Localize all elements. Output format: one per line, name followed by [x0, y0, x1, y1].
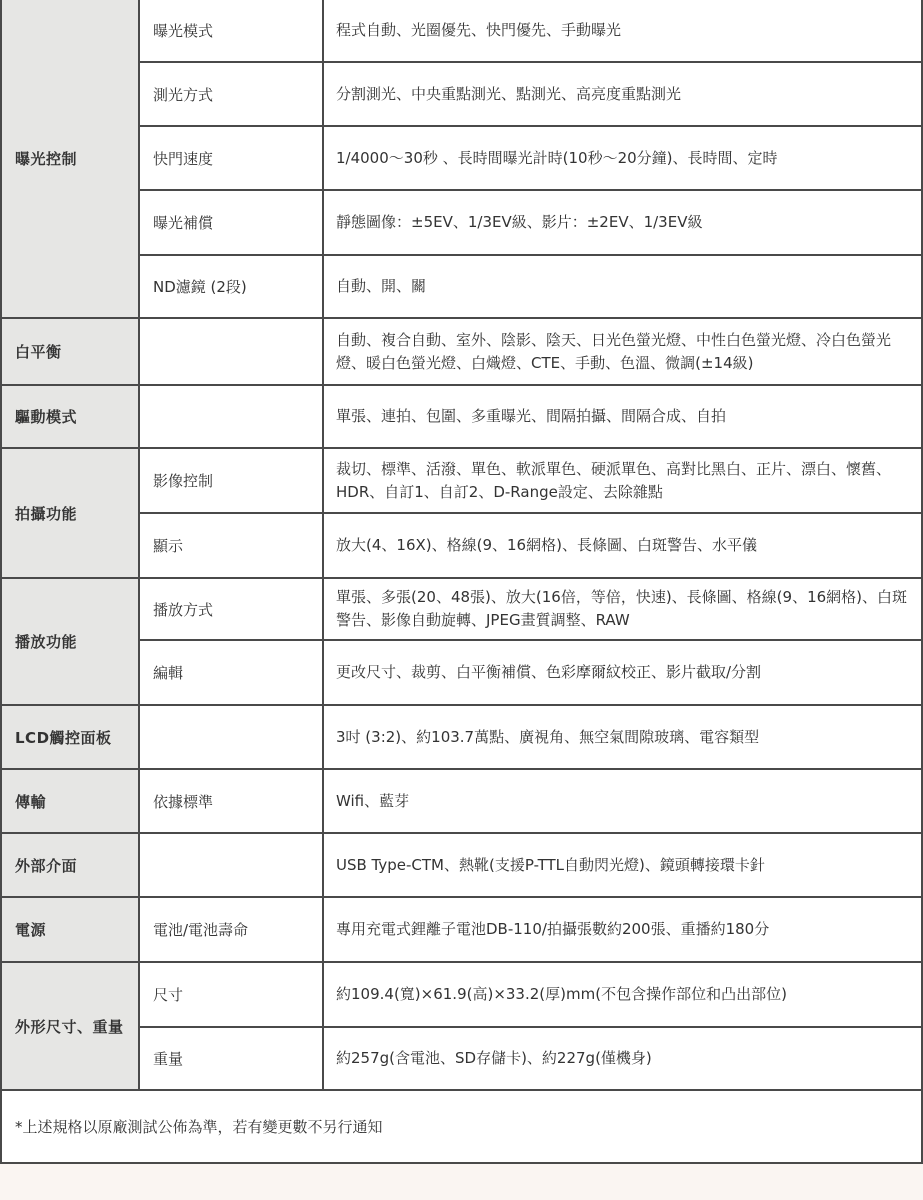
table-row: 快門速度 1/4000～30秒 、長時間曝光計時(10秒～20分鐘)、長時間、定… — [1, 126, 922, 190]
sub-label-nd-filter: ND濾鏡 (2段) — [139, 255, 323, 318]
value-exposure-compensation: 靜態圖像：±5EV、1/3EV級、影片：±2EV、1/3EV級 — [323, 190, 922, 255]
category-drive-mode: 驅動模式 — [1, 385, 139, 448]
table-row: 外部介面 USB Type-CTM、熱靴(支援P-TTL自動閃光燈)、鏡頭轉接環… — [1, 833, 922, 897]
table-row: 外形尺寸、重量 尺寸 約109.4(寬)×61.9(高)×33.2(厚)mm(不… — [1, 962, 922, 1027]
value-exposure-mode: 程式自動、光圈優先、快門優先、手動曝光 — [323, 0, 922, 62]
camera-spec-table: 曝光控制 曝光模式 程式自動、光圈優先、快門優先、手動曝光 測光方式 分割測光、… — [0, 0, 923, 1164]
value-external-interface: USB Type-CTM、熱靴(支援P-TTL自動閃光燈)、鏡頭轉接環卡針 — [323, 833, 922, 897]
table-row: LCD觸控面板 3吋 (3:2)、約103.7萬點、廣視角、無空氣間隙玻璃、電容… — [1, 705, 922, 769]
table-row: 編輯 更改尺寸、裁剪、白平衡補償、色彩摩爾紋校正、影片截取/分割 — [1, 640, 922, 705]
table-row: *上述規格以原廠測試公佈為準，若有變更數不另行通知 — [1, 1090, 922, 1163]
table-row: 白平衡 自動、複合自動、室外、陰影、陰天、日光色螢光燈、中性白色螢光燈、冷白色螢… — [1, 318, 922, 385]
sub-label-empty — [139, 833, 323, 897]
table-row: 曝光補償 靜態圖像：±5EV、1/3EV級、影片：±2EV、1/3EV級 — [1, 190, 922, 255]
category-power: 電源 — [1, 897, 139, 962]
table-row: 測光方式 分割測光、中央重點測光、點測光、高亮度重點測光 — [1, 62, 922, 126]
table-row: ND濾鏡 (2段) 自動、開、關 — [1, 255, 922, 318]
value-white-balance: 自動、複合自動、室外、陰影、陰天、日光色螢光燈、中性白色螢光燈、冷白色螢光燈、暖… — [323, 318, 922, 385]
sub-label-metering: 測光方式 — [139, 62, 323, 126]
category-external-interface: 外部介面 — [1, 833, 139, 897]
category-shooting-functions: 拍攝功能 — [1, 448, 139, 578]
sub-label-exposure-compensation: 曝光補償 — [139, 190, 323, 255]
value-nd-filter: 自動、開、關 — [323, 255, 922, 318]
value-transmission: Wifi、藍芽 — [323, 769, 922, 833]
value-playback-mode: 單張、多張(20、48張)、放大(16倍，等倍，快速)、長條圖、格線(9、16網… — [323, 578, 922, 640]
table-row: 拍攝功能 影像控制 裁切、標準、活潑、單色、軟派單色、硬派單色、高對比黑白、正片… — [1, 448, 922, 513]
value-weight: 約257g(含電池、SD存儲卡)、約227g(僅機身) — [323, 1027, 922, 1090]
sub-label-dimensions: 尺寸 — [139, 962, 323, 1027]
value-edit: 更改尺寸、裁剪、白平衡補償、色彩摩爾紋校正、影片截取/分割 — [323, 640, 922, 705]
value-drive-mode: 單張、連拍、包圍、多重曝光、間隔拍攝、間隔合成、自拍 — [323, 385, 922, 448]
value-image-control: 裁切、標準、活潑、單色、軟派單色、硬派單色、高對比黑白、正片、漂白、懷舊、HDR… — [323, 448, 922, 513]
sub-label-image-control: 影像控制 — [139, 448, 323, 513]
category-lcd-touch-panel: LCD觸控面板 — [1, 705, 139, 769]
sub-label-empty — [139, 705, 323, 769]
table-row: 重量 約257g(含電池、SD存儲卡)、約227g(僅機身) — [1, 1027, 922, 1090]
sub-label-standard: 依據標準 — [139, 769, 323, 833]
sub-label-exposure-mode: 曝光模式 — [139, 0, 323, 62]
sub-label-empty — [139, 318, 323, 385]
value-shutter-speed: 1/4000～30秒 、長時間曝光計時(10秒～20分鐘)、長時間、定時 — [323, 126, 922, 190]
category-transmission: 傳輸 — [1, 769, 139, 833]
sub-label-edit: 編輯 — [139, 640, 323, 705]
table-row: 傳輸 依據標準 Wifi、藍芽 — [1, 769, 922, 833]
value-lcd-touch-panel: 3吋 (3:2)、約103.7萬點、廣視角、無空氣間隙玻璃、電容類型 — [323, 705, 922, 769]
sub-label-battery-life: 電池/電池壽命 — [139, 897, 323, 962]
sub-label-shutter-speed: 快門速度 — [139, 126, 323, 190]
category-playback-functions: 播放功能 — [1, 578, 139, 705]
sub-label-playback-mode: 播放方式 — [139, 578, 323, 640]
category-white-balance: 白平衡 — [1, 318, 139, 385]
table-row: 顯示 放大(4、16X)、格線(9、16網格)、長條圖、白斑警告、水平儀 — [1, 513, 922, 578]
value-metering: 分割測光、中央重點測光、點測光、高亮度重點測光 — [323, 62, 922, 126]
category-dimensions-weight: 外形尺寸、重量 — [1, 962, 139, 1090]
value-dimensions: 約109.4(寬)×61.9(高)×33.2(厚)mm(不包含操作部位和凸出部位… — [323, 962, 922, 1027]
footnote-text: *上述規格以原廠測試公佈為準，若有變更數不另行通知 — [1, 1090, 922, 1163]
sub-label-weight: 重量 — [139, 1027, 323, 1090]
sub-label-empty — [139, 385, 323, 448]
table-row: 曝光控制 曝光模式 程式自動、光圈優先、快門優先、手動曝光 — [1, 0, 922, 62]
table-row: 驅動模式 單張、連拍、包圍、多重曝光、間隔拍攝、間隔合成、自拍 — [1, 385, 922, 448]
table-row: 播放功能 播放方式 單張、多張(20、48張)、放大(16倍，等倍，快速)、長條… — [1, 578, 922, 640]
value-display: 放大(4、16X)、格線(9、16網格)、長條圖、白斑警告、水平儀 — [323, 513, 922, 578]
value-power: 專用充電式鋰離子電池DB-110/拍攝張數約200張、重播約180分 — [323, 897, 922, 962]
sub-label-display: 顯示 — [139, 513, 323, 578]
category-exposure-control: 曝光控制 — [1, 0, 139, 318]
table-row: 電源 電池/電池壽命 專用充電式鋰離子電池DB-110/拍攝張數約200張、重播… — [1, 897, 922, 962]
